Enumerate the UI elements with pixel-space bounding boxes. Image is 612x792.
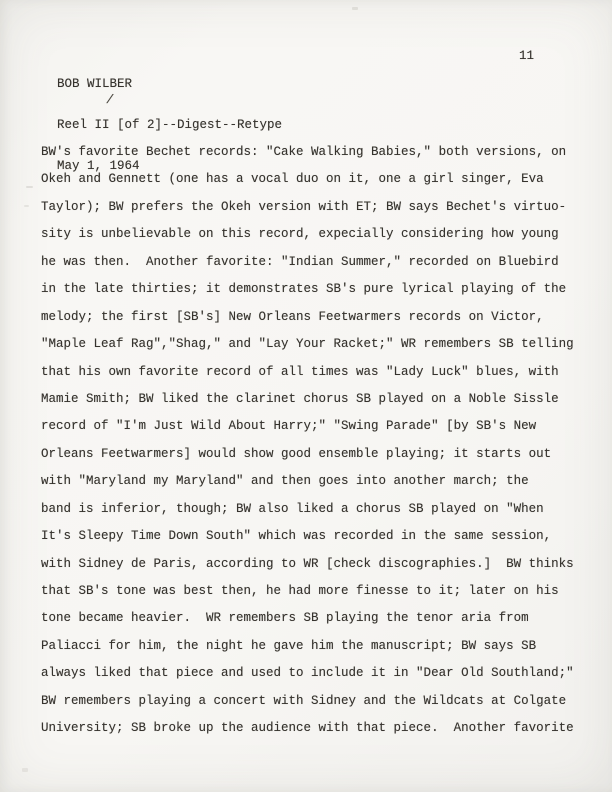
scan-artifact bbox=[22, 768, 28, 772]
scan-artifact bbox=[24, 205, 29, 207]
scan-artifact bbox=[352, 7, 358, 10]
text-line: that SB's tone was best then, he had mor… bbox=[41, 578, 593, 605]
text-line: Mamie Smith; BW liked the clarinet choru… bbox=[41, 386, 593, 413]
text-line: band is inferior, though; BW also liked … bbox=[41, 496, 593, 523]
document-page: BOB WILBER Reel II [of 2]--Digest--Retyp… bbox=[0, 0, 612, 792]
text-line: with "Maryland my Maryland" and then goe… bbox=[41, 468, 593, 495]
body-text: BW's favorite Bechet records: "Cake Walk… bbox=[41, 139, 593, 743]
text-line: record of "I'm Just Wild About Harry;" "… bbox=[41, 413, 593, 440]
text-line: Orleans Feetwarmers] would show good ens… bbox=[41, 441, 593, 468]
text-line: Paliacci for him, the night he gave him … bbox=[41, 633, 593, 660]
text-line: tone became heavier. WR remembers SB pla… bbox=[41, 605, 593, 632]
text-line: that his own favorite record of all time… bbox=[41, 359, 593, 386]
text-line: in the late thirties; it demonstrates SB… bbox=[41, 276, 593, 303]
text-line: It's Sleepy Time Down South" which was r… bbox=[41, 523, 593, 550]
page-number: 11 bbox=[519, 50, 534, 64]
text-line: Taylor); BW prefers the Okeh version wit… bbox=[41, 194, 593, 221]
scan-artifact bbox=[26, 186, 33, 188]
text-line: BW remembers playing a concert with Sidn… bbox=[41, 688, 593, 715]
author-line: BOB WILBER bbox=[57, 78, 282, 92]
text-line: always liked that piece and used to incl… bbox=[41, 660, 593, 687]
text-line: BW's favorite Bechet records: "Cake Walk… bbox=[41, 139, 593, 166]
text-line: melody; the first [SB's] New Orleans Fee… bbox=[41, 304, 593, 331]
text-line: with Sidney de Paris, according to WR [c… bbox=[41, 551, 593, 578]
text-line: Okeh and Gennett (one has a vocal duo on… bbox=[41, 166, 593, 193]
text-line: "Maple Leaf Rag","Shag," and "Lay Your R… bbox=[41, 331, 593, 358]
stray-pen-mark: / bbox=[105, 93, 114, 107]
text-line: he was then. Another favorite: "Indian S… bbox=[41, 249, 593, 276]
text-line: University; SB broke up the audience wit… bbox=[41, 715, 593, 742]
text-line: sity is unbelievable on this record, exp… bbox=[41, 221, 593, 248]
reel-title-line: Reel II [of 2]--Digest--Retype bbox=[57, 119, 282, 133]
